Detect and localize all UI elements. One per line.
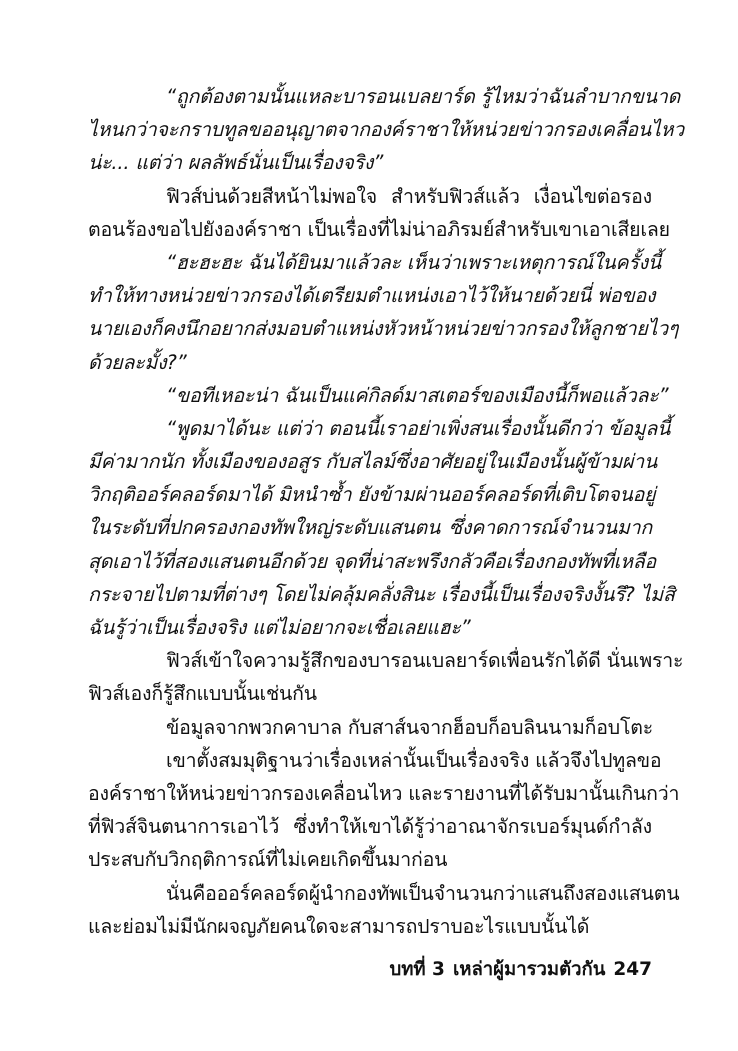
paragraph: ฟิวส์เข้าใจความรู้สึกของบารอนเบลยาร์ดเพื… <box>88 644 652 710</box>
paragraph: เขาตั้งสมมุติฐานว่าเรื่องเหล่านั้นเป็นเร… <box>88 744 652 877</box>
text-line: ไหนกว่าจะกราบทูลขออนุญาตจากองค์ราชาให้หน… <box>88 113 652 146</box>
paragraph: “ฮะฮะฮะ ฉันได้ยินมาแล้วละ เห็นว่าเพราะเห… <box>88 246 652 379</box>
text-line: “ถูกต้องตามนั้นแหละบารอนเบลยาร์ด รู้ไหมว… <box>88 80 652 113</box>
text-line: นายเองก็คงนึกอยากส่งมอบตำแหน่งหัวหน้าหน่… <box>88 312 652 345</box>
chapter-label: บทที่ 3 <box>389 959 444 980</box>
text-line: ฟิวส์เข้าใจความรู้สึกของบารอนเบลยาร์ดเพื… <box>88 644 652 677</box>
page-footer: บทที่ 3เหล่าผู้มารวมตัวกัน247 <box>380 955 652 984</box>
paragraph: ฟิวส์บ่นด้วยสีหน้าไม่พอใจ สำหรับฟิวส์แล้… <box>88 180 652 246</box>
text-line: ประสบกับวิกฤติการณ์ที่ไม่เคยเกิดขึ้นมาก่… <box>88 843 652 876</box>
chapter-title: เหล่าผู้มารวมตัวกัน <box>453 959 605 980</box>
paragraph: นั่นคือออร์คลอร์ดผู้นำกองทัพเป็นจำนวนกว่… <box>88 877 652 943</box>
paragraph: “พูดมาได้นะ แต่ว่า ตอนนี้เราอย่าเพิ่งสนเ… <box>88 412 652 644</box>
text-line: ฟิวส์เองก็รู้สึกแบบนั้นเช่นกัน <box>88 677 652 710</box>
text-line: และย่อมไม่มีนักผจญภัยคนใดจะสามารถปราบอะไ… <box>88 910 652 943</box>
text-line: สุดเอาไว้ที่สองแสนตนอีกด้วย จุดที่น่าสะพ… <box>88 545 652 578</box>
text-line: มีค่ามากนัก ทั้งเมืองของอสูร กับสไลม์ซึ่… <box>88 445 652 478</box>
text-line: “ฮะฮะฮะ ฉันได้ยินมาแล้วละ เห็นว่าเพราะเห… <box>88 246 652 279</box>
text-line: ตอนร้องขอไปยังองค์ราชา เป็นเรื่องที่ไม่น… <box>88 213 652 246</box>
text-line: “พูดมาได้นะ แต่ว่า ตอนนี้เราอย่าเพิ่งสนเ… <box>88 412 652 445</box>
text-line: ด้วยละมั้ง?” <box>88 346 652 379</box>
paragraph: “ถูกต้องตามนั้นแหละบารอนเบลยาร์ด รู้ไหมว… <box>88 80 652 180</box>
text-line: ในระดับที่ปกครองกองทัพใหญ่ระดับแสนตน ซึ่… <box>88 511 652 544</box>
text-line: วิกฤติออร์คลอร์ดมาได้ มิหนำซ้ำ ยังข้ามผ่… <box>88 478 652 511</box>
text-line: นั่นคือออร์คลอร์ดผู้นำกองทัพเป็นจำนวนกว่… <box>88 877 652 910</box>
page-number: 247 <box>613 959 652 980</box>
paragraph: “ขอทีเหอะน่า ฉันเป็นแค่กิลด์มาสเตอร์ของเ… <box>88 379 652 412</box>
text-line: ฟิวส์บ่นด้วยสีหน้าไม่พอใจ สำหรับฟิวส์แล้… <box>88 180 652 213</box>
text-line: กระจายไปตามที่ต่างๆ โดยไม่คลุ้มคลั่งสินะ… <box>88 578 652 611</box>
paragraph: ข้อมูลจากพวกคาบาล กับสาส์นจากฮ็อบก็อบลิน… <box>88 711 652 744</box>
text-line: เขาตั้งสมมุติฐานว่าเรื่องเหล่านั้นเป็นเร… <box>88 744 652 777</box>
text-line: องค์ราชาให้หน่วยข่าวกรองเคลื่อนไหว และรา… <box>88 777 652 810</box>
text-line: “ขอทีเหอะน่า ฉันเป็นแค่กิลด์มาสเตอร์ของเ… <box>88 379 652 412</box>
text-line: ฉันรู้ว่าเป็นเรื่องจริง แต่ไม่อยากจะเชื่… <box>88 611 652 644</box>
text-line: ข้อมูลจากพวกคาบาล กับสาส์นจากฮ็อบก็อบลิน… <box>88 711 652 744</box>
text-line: ทำให้ทางหน่วยข่าวกรองได้เตรียมตำแหน่งเอา… <box>88 279 652 312</box>
text-line: ที่ฟิวส์จินตนาการเอาไว้ ซึ่งทำให้เขาได้ร… <box>88 810 652 843</box>
page-body: “ถูกต้องตามนั้นแหละบารอนเบลยาร์ด รู้ไหมว… <box>88 80 652 943</box>
text-line: น่ะ... แต่ว่า ผลลัพธ์นั่นเป็นเรื่องจริง” <box>88 146 652 179</box>
